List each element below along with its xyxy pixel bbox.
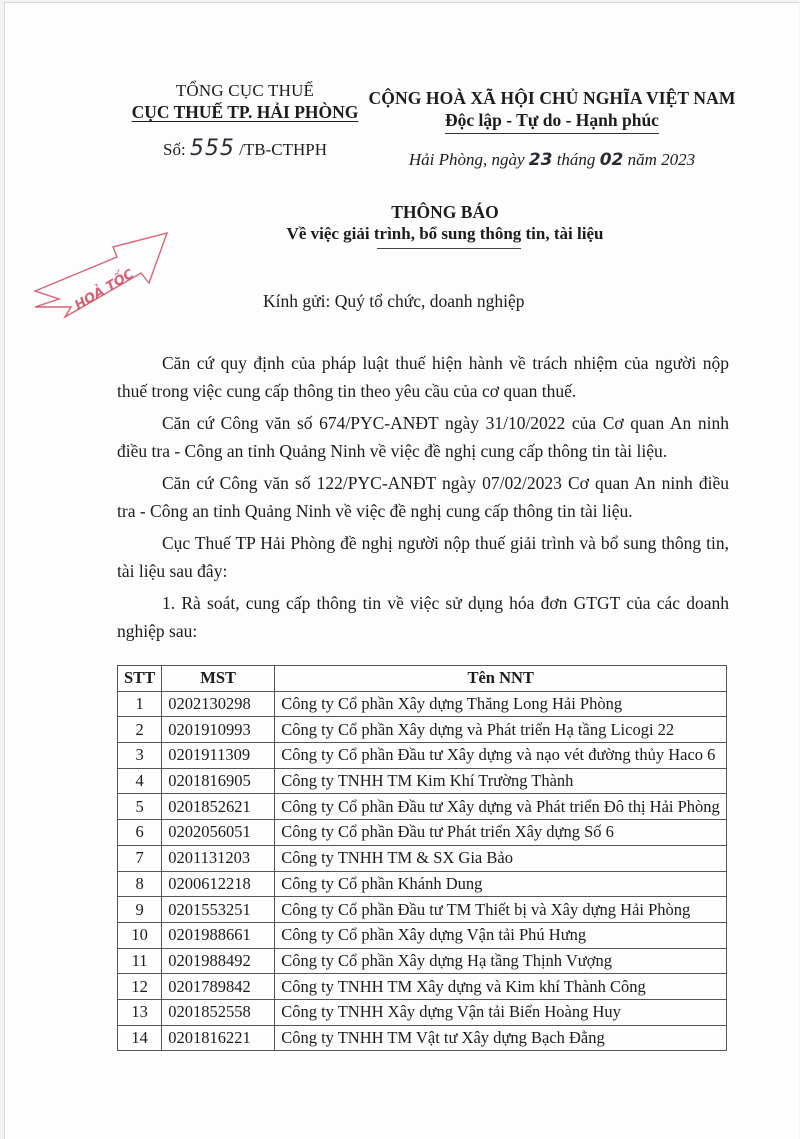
cell-mst: 0201816221 <box>162 1025 275 1051</box>
cell-stt: 13 <box>118 999 162 1025</box>
cell-mst: 0201131203 <box>162 845 275 871</box>
cell-stt: 10 <box>118 922 162 948</box>
cell-stt: 6 <box>118 820 162 846</box>
cell-mst: 0202130298 <box>162 691 275 717</box>
cell-stt: 1 <box>118 691 162 717</box>
nation-name: CỘNG HOÀ XÃ HỘI CHỦ NGHĨA VIỆT NAM <box>357 87 747 109</box>
cell-mst: 0201988492 <box>162 948 275 974</box>
cell-mst: 0201911309 <box>162 743 275 769</box>
cell-name: Công ty Cổ phần Xây dựng Vận tải Phú Hưn… <box>275 922 727 948</box>
arrow-stamp-icon: HOẢ TỐC <box>31 221 171 333</box>
table-row: 60202056051Công ty Cổ phần Đầu tư Phát t… <box>118 820 727 846</box>
cell-name: Công ty Cổ phần Đầu tư Phát triển Xây dự… <box>275 820 727 846</box>
cell-mst: 0201553251 <box>162 897 275 923</box>
doc-no-suffix: /TB-CTHPH <box>239 140 327 159</box>
table-row: 90201553251Công ty Cổ phần Đầu tư TM Thi… <box>118 897 727 923</box>
parent-agency: TỔNG CỤC THUẾ <box>105 81 385 101</box>
table-row: 110201988492Công ty Cổ phần Xây dựng Hạ … <box>118 948 727 974</box>
table-row: 130201852558Công ty TNHH Xây dựng Vận tả… <box>118 999 727 1025</box>
table-row: 120201789842Công ty TNHH TM Xây dựng và … <box>118 974 727 1000</box>
cell-stt: 9 <box>118 897 162 923</box>
issuing-agency-block: TỔNG CỤC THUẾ CỤC THUẾ TP. HẢI PHÒNG Số:… <box>105 81 385 162</box>
document-page: TỔNG CỤC THUẾ CỤC THUẾ TP. HẢI PHÒNG Số:… <box>4 2 799 1139</box>
paragraph: 1. Rà soát, cung cấp thông tin về việc s… <box>117 589 729 645</box>
cell-stt: 8 <box>118 871 162 897</box>
agency-name: CỤC THUẾ TP. HẢI PHÒNG <box>105 101 385 123</box>
table-row: 10202130298Công ty Cổ phần Xây dựng Thăn… <box>118 691 727 717</box>
taxpayer-table: STT MST Tên NNT 10202130298Công ty Cổ ph… <box>117 665 727 1051</box>
column-header-name: Tên NNT <box>275 666 727 692</box>
table-row: 20201910993Công ty Cổ phần Xây dựng và P… <box>118 717 727 743</box>
cell-name: Công ty Cổ phần Khánh Dung <box>275 871 727 897</box>
column-header-stt: STT <box>118 666 162 692</box>
table-row: 70201131203Công ty TNHH TM & SX Gia Bảo <box>118 845 727 871</box>
cell-name: Công ty Cổ phần Đầu tư Xây dựng và Phát … <box>275 794 727 820</box>
paragraph: Căn cứ Công văn số 122/PYC-ANĐT ngày 07/… <box>117 469 729 525</box>
date-month: 02 <box>600 150 624 170</box>
cell-name: Công ty TNHH Xây dựng Vận tải Biển Hoàng… <box>275 999 727 1025</box>
table-row: 140201816221Công ty TNHH TM Vật tư Xây d… <box>118 1025 727 1051</box>
cell-name: Công ty TNHH TM & SX Gia Bảo <box>275 845 727 871</box>
table-header-row: STT MST Tên NNT <box>118 666 727 692</box>
notice-body: Căn cứ quy định của pháp luật thuế hiện … <box>117 349 729 649</box>
document-date: Hải Phòng, ngày 23 tháng 02 năm 2023 <box>357 148 747 172</box>
date-day: 23 <box>529 150 553 170</box>
notice-title: THÔNG BÁO <box>205 201 685 223</box>
cell-mst: 0201852621 <box>162 794 275 820</box>
cell-mst: 0202056051 <box>162 820 275 846</box>
cell-name: Công ty Cổ phần Đầu tư Xây dựng và nạo v… <box>275 743 727 769</box>
cell-name: Công ty Cổ phần Xây dựng và Phát triển H… <box>275 717 727 743</box>
table-row: 40201816905Công ty TNHH TM Kim Khí Trườn… <box>118 768 727 794</box>
cell-name: Công ty Cổ phần Xây dựng Thăng Long Hải … <box>275 691 727 717</box>
cell-stt: 14 <box>118 1025 162 1051</box>
national-header-block: CỘNG HOÀ XÃ HỘI CHỦ NGHĨA VIỆT NAM Độc l… <box>357 87 747 172</box>
title-divider <box>377 248 521 249</box>
cell-stt: 11 <box>118 948 162 974</box>
doc-no-value: 555 <box>190 136 235 161</box>
cell-mst: 0201910993 <box>162 717 275 743</box>
cell-stt: 3 <box>118 743 162 769</box>
table-row: 50201852621Công ty Cổ phần Đầu tư Xây dự… <box>118 794 727 820</box>
cell-mst: 0201816905 <box>162 768 275 794</box>
doc-no-label: Số: <box>163 140 186 159</box>
cell-name: Công ty TNHH TM Xây dựng và Kim khí Thàn… <box>275 974 727 1000</box>
column-header-mst: MST <box>162 666 275 692</box>
national-motto: Độc lập - Tự do - Hạnh phúc <box>445 109 659 134</box>
cell-mst: 0200612218 <box>162 871 275 897</box>
cell-mst: 0201852558 <box>162 999 275 1025</box>
cell-stt: 5 <box>118 794 162 820</box>
recipient-line: Kính gửi: Quý tổ chức, doanh nghiệp <box>263 289 525 313</box>
cell-name: Công ty TNHH TM Vật tư Xây dựng Bạch Đằn… <box>275 1025 727 1051</box>
notice-title-block: THÔNG BÁO Về việc giải trình, bổ sung th… <box>205 201 685 245</box>
paragraph: Căn cứ quy định của pháp luật thuế hiện … <box>117 349 729 405</box>
cell-mst: 0201988661 <box>162 922 275 948</box>
cell-stt: 2 <box>118 717 162 743</box>
cell-name: Công ty Cổ phần Đầu tư TM Thiết bị và Xâ… <box>275 897 727 923</box>
table-row: 30201911309Công ty Cổ phần Đầu tư Xây dự… <box>118 743 727 769</box>
urgent-stamp: HOẢ TỐC <box>31 221 171 333</box>
cell-mst: 0201789842 <box>162 974 275 1000</box>
document-number: Số: 555 /TB-CTHPH <box>105 137 385 162</box>
cell-stt: 4 <box>118 768 162 794</box>
notice-subtitle: Về việc giải trình, bổ sung thông tin, t… <box>205 223 685 245</box>
cell-stt: 12 <box>118 974 162 1000</box>
table-row: 100201988661Công ty Cổ phần Xây dựng Vận… <box>118 922 727 948</box>
table-row: 80200612218Công ty Cổ phần Khánh Dung <box>118 871 727 897</box>
paragraph: Căn cứ Công văn số 674/PYC-ANĐT ngày 31/… <box>117 409 729 465</box>
paragraph: Cục Thuế TP Hải Phòng đề nghị người nộp … <box>117 529 729 585</box>
cell-name: Công ty Cổ phần Xây dựng Hạ tầng Thịnh V… <box>275 948 727 974</box>
cell-stt: 7 <box>118 845 162 871</box>
cell-name: Công ty TNHH TM Kim Khí Trường Thành <box>275 768 727 794</box>
